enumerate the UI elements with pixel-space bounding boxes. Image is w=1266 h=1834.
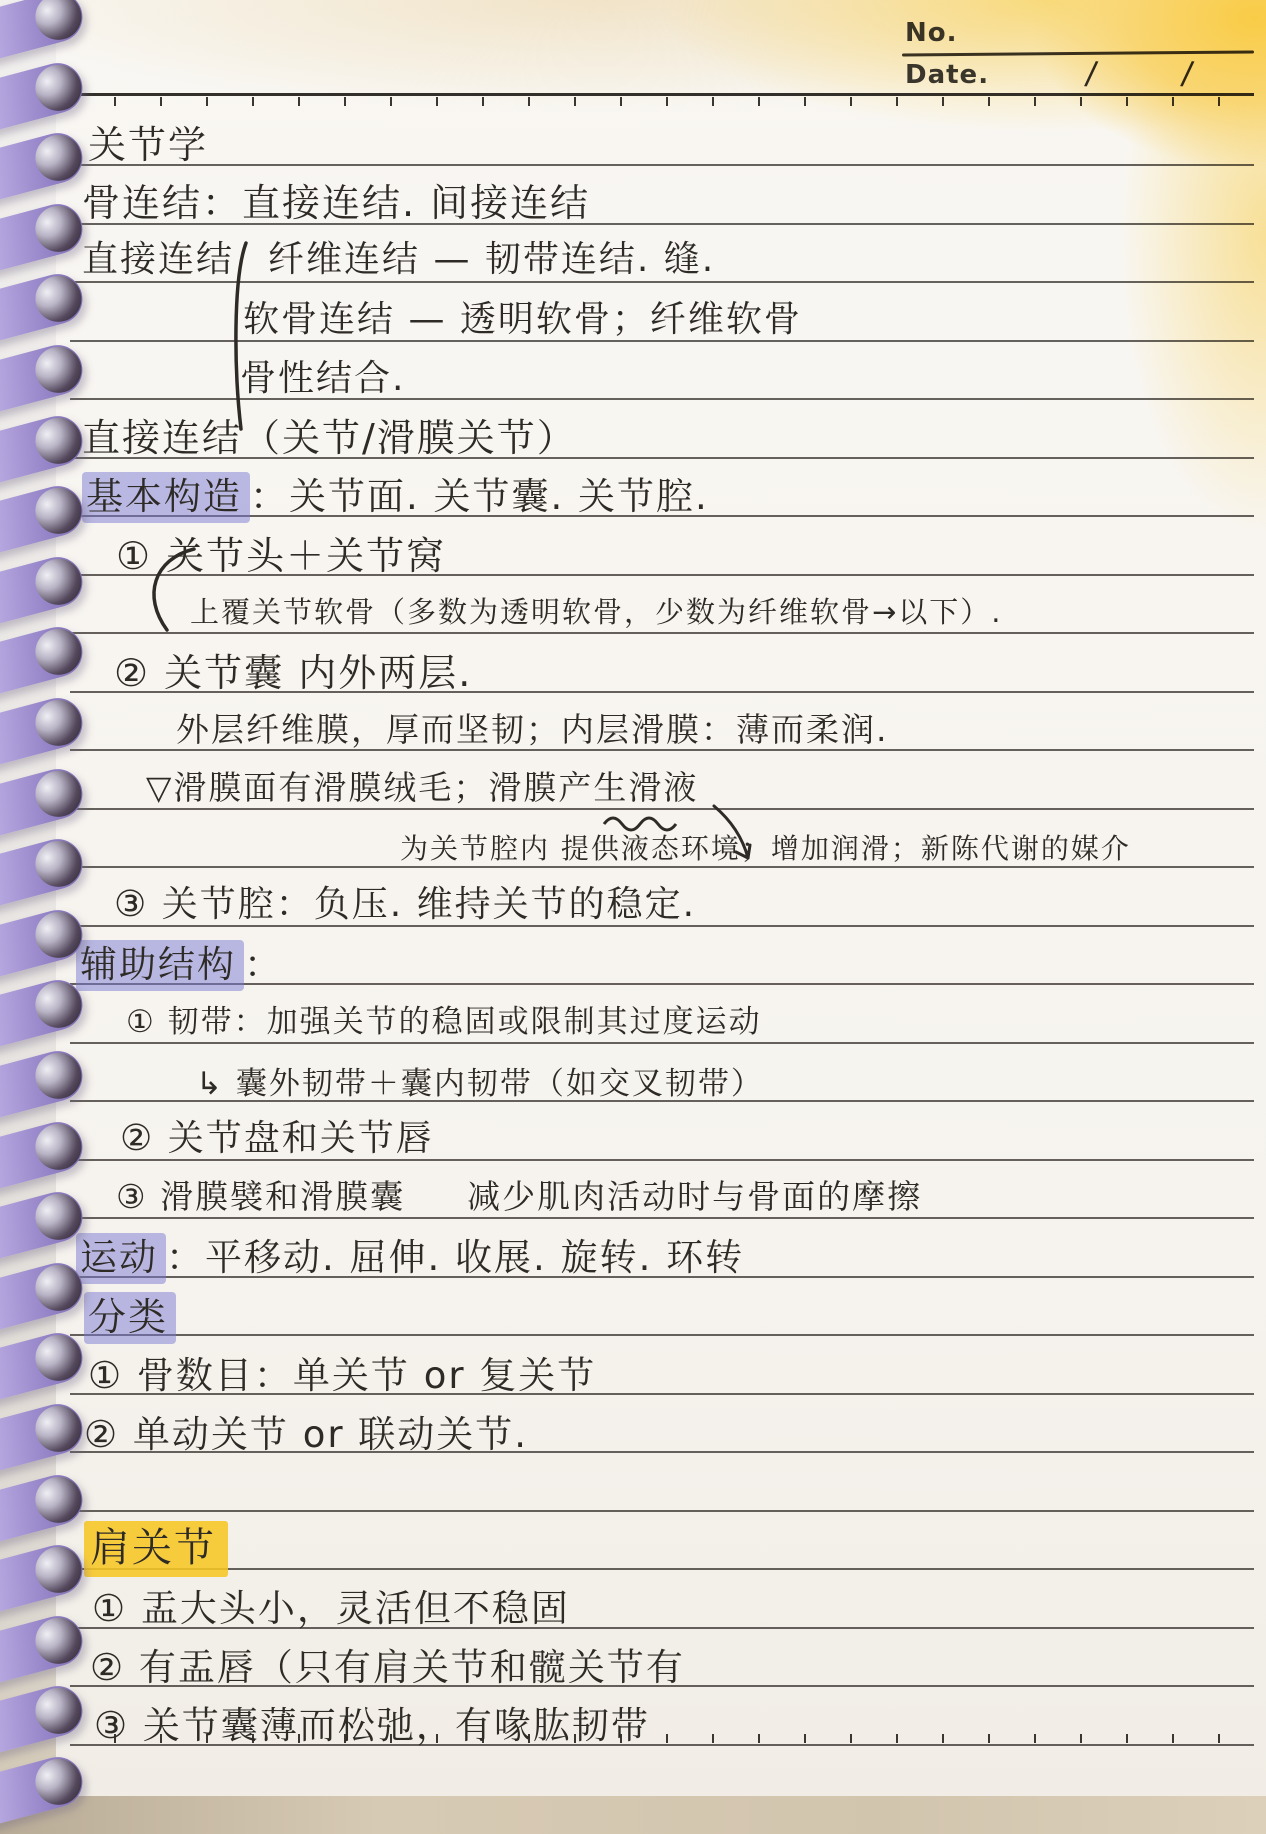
ruled-line xyxy=(70,164,1254,166)
note-line: ③ 滑膜襞和滑膜囊减少肌肉活动时与骨面的摩擦 xyxy=(116,1171,922,1218)
note-line: 辅助结构： xyxy=(76,934,283,988)
ruled-line xyxy=(70,1042,1254,1044)
note-line: ① 骨数目：单关节 or 复关节 xyxy=(88,1345,596,1399)
blue-highlight: 分类 xyxy=(84,1292,176,1344)
note-line: 直接连结纤维连结 — 韧带连结. 缝. xyxy=(82,231,715,282)
note-line: ① 关节头＋关节窝 xyxy=(116,525,446,580)
note-line: 骨性结合. xyxy=(240,350,405,401)
blue-highlight: 运动 xyxy=(76,1233,166,1284)
ruled-line xyxy=(70,1568,1254,1570)
note-line: ② 单动关节 or 联动关节. xyxy=(84,1404,528,1458)
note-line: 直接连结（关节/滑膜关节） xyxy=(82,407,577,462)
top-ruled-line xyxy=(70,93,1254,96)
no-underline xyxy=(902,50,1254,56)
note-line: 上覆关节软骨（多数为透明软骨，少数为纤维软骨→以下）. xyxy=(190,590,1003,631)
note-line: 分类 xyxy=(84,1286,176,1341)
date-label: Date. xyxy=(905,60,989,90)
blue-highlight: 基本构造 xyxy=(82,472,250,523)
note-line: 基本构造：关节面. 关节囊. 关节腔. xyxy=(82,466,709,520)
note-line: 肩关节 xyxy=(84,1516,228,1573)
date-slash-1: / xyxy=(1083,53,1099,92)
notebook-page: No. Date. / / 关节学 骨连结：直接连结. 间接连结 直接连结纤维连… xyxy=(56,0,1266,1800)
note-line: 为关节腔内 提供液态环境；增加润滑；新陈代谢的媒介 xyxy=(400,827,1131,867)
note-line: ▽滑膜面有滑膜绒毛；滑膜产生滑液 xyxy=(146,762,698,809)
note-line: ③ 关节囊薄而松弛，有喙肱韧带 xyxy=(94,1695,650,1749)
ruled-line xyxy=(70,632,1254,634)
note-line: ↳ 囊外韧带＋囊内韧带（如交叉韧带） xyxy=(196,1058,764,1103)
note-line: ② 关节盘和关节唇 xyxy=(120,1110,434,1161)
blue-highlight: 辅助结构 xyxy=(76,940,244,991)
ruled-line xyxy=(70,1334,1254,1336)
no-label: No. xyxy=(905,18,958,48)
note-line: ② 有盂唇（只有肩关节和髋关节有 xyxy=(90,1637,685,1691)
date-slash-2: / xyxy=(1179,53,1195,92)
note-line: 软骨连结 — 透明软骨；纤维软骨 xyxy=(243,291,802,342)
top-tick-marks xyxy=(70,97,1254,106)
note-line: 关节学 xyxy=(88,114,208,169)
note-line: ③ 关节腔：负压. 维持关节的稳定. xyxy=(114,876,696,927)
photo-bottom-edge xyxy=(0,1796,1266,1834)
note-line: ② 关节囊 内外两层. xyxy=(114,642,472,697)
notebook-photo: No. Date. / / 关节学 骨连结：直接连结. 间接连结 直接连结纤维连… xyxy=(0,0,1266,1834)
ruled-line xyxy=(70,1510,1254,1512)
note-line: ① 韧带：加强关节的稳固或限制其过度运动 xyxy=(126,996,762,1041)
note-line: ① 盂大头小，灵活但不稳固 xyxy=(92,1578,570,1632)
note-line: 骨连结：直接连结. 间接连结 xyxy=(82,172,590,227)
yellow-highlight: 肩关节 xyxy=(84,1521,228,1577)
note-line: 运动：平移动. 屈伸. 收展. 旋转. 环转 xyxy=(76,1227,744,1281)
note-line: 外层纤维膜，厚而坚韧；内层滑膜：薄而柔润. xyxy=(176,704,889,751)
